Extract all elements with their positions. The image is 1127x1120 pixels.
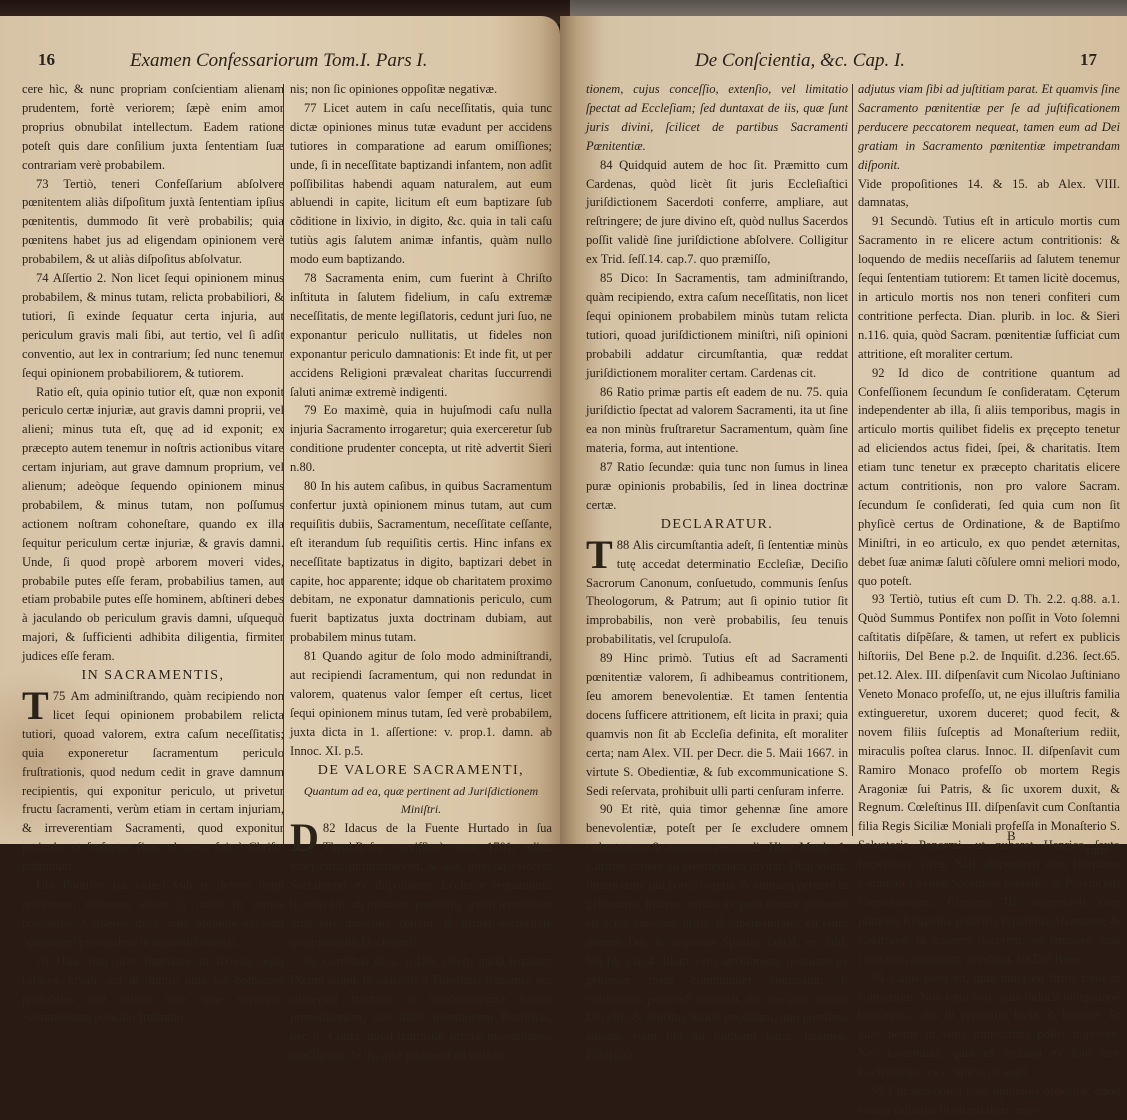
paragraph: 74 Aſſertio 2. Non licet ſequi opinionem… — [22, 269, 284, 382]
paragraph-dropcap: 88 TAlis circumſtantia adeſt, ſi ſentent… — [586, 536, 848, 649]
paragraph: adjutus viam ſibi ad juſtitiam parat. Et… — [858, 80, 1120, 175]
drop-cap: T — [22, 689, 49, 723]
paragraph: 81 Quando agitur de ſolo modo adminiſtra… — [290, 647, 552, 760]
column-rule — [852, 84, 853, 836]
right-page: De Conſcientia, &c. Cap. I. 17 tionem, c… — [560, 16, 1127, 844]
paragraph: 78 Sacramenta enim, cum fuerint à Chriſt… — [290, 269, 552, 401]
column-left-1: cere hìc, & nunc propriam conſcientiam a… — [22, 80, 284, 844]
paragraph: 73 Tertiò, teneri Confeſſarium abſolvere… — [22, 175, 284, 270]
book-spread: 16 Examen Confessariorum Tom.I. Pars I. … — [0, 0, 1127, 844]
paragraph-number: 75 — [53, 689, 71, 703]
paragraph: 85 Dico: In Sacramentis, tam adminiſtran… — [586, 269, 848, 382]
paragraph: Vide propoſitiones 14. & 15. ab Alex. VI… — [858, 175, 1120, 213]
paragraph: 84 Quidquid autem de hoc ſit. Præmitto c… — [586, 156, 848, 269]
left-page: 16 Examen Confessariorum Tom.I. Pars I. … — [0, 16, 560, 844]
column-right-2: adjutus viam ſibi ad juſtitiam parat. Et… — [858, 80, 1120, 844]
paragraph-text: Alis circumſtantia adeſt, ſi ſententiæ m… — [586, 538, 848, 647]
column-left-2: nis; non ſic opiniones oppoſitæ negativæ… — [290, 80, 552, 844]
section-subheading: Quantum ad ea, quæ pertinent ad Juriſdic… — [290, 782, 552, 820]
paragraph: 93 Tertiò, tutius eſt cum D. Th. 2.2. q.… — [858, 590, 1120, 844]
paragraph: 92 Id dico de contritione quantum ad Con… — [858, 364, 1120, 591]
section-heading: DECLARATUR. — [586, 516, 848, 535]
drop-cap: D — [290, 821, 319, 844]
paragraph: 91 Secundò. Tutius eſt in articulo morti… — [858, 212, 1120, 363]
paragraph: tionem, cujus conceſſio, extenſio, vel l… — [586, 80, 848, 156]
paragraph: 89 Hinc primò. Tutius eſt ad Sacramenti … — [586, 649, 848, 800]
paragraph-number: 88 — [617, 538, 633, 552]
paragraph: nis; non ſic opiniones oppoſitæ negativæ… — [290, 80, 552, 99]
paragraph: 86 Ratio primæ partis eſt eadem de nu. 7… — [586, 383, 848, 459]
page-number: 17 — [1080, 50, 1097, 70]
paragraph-text: Am adminiſtrando, quàm recipiendo non li… — [22, 689, 284, 844]
paragraph: Ratio eſt, quia opinio tutior eſt, quæ n… — [22, 383, 284, 667]
drop-cap: T — [586, 538, 613, 572]
section-heading: DE VALORE SACRAMENTI, — [290, 762, 552, 781]
paragraph: 80 In his autem caſibus, in quibus Sacra… — [290, 477, 552, 647]
paragraph-dropcap: 75 TAm adminiſtrando, quàm recipiendo no… — [22, 687, 284, 844]
running-head: Examen Confessariorum Tom.I. Pars I. — [130, 50, 428, 72]
paragraph: 90 Et ritè, quia timor gehennæ ſine amor… — [586, 800, 848, 844]
paragraph: 77 Licet autem in caſu neceſſitatis, qui… — [290, 99, 552, 269]
running-head: De Conſcientia, &c. Cap. I. — [695, 50, 905, 72]
paragraph: cere hìc, & nunc propriam conſcientiam a… — [22, 80, 284, 175]
paragraph: 79 Eo maximè, quia in hujuſmodi caſu nul… — [290, 401, 552, 477]
signature-mark: B — [1007, 828, 1016, 844]
column-right-1: tionem, cujus conceſſio, extenſio, vel l… — [586, 80, 848, 844]
section-heading: IN SACRAMENTIS, — [22, 667, 284, 686]
page-number: 16 — [38, 50, 55, 70]
column-rule — [283, 84, 284, 844]
paragraph: 87 Ratio ſecundæ: quia tunc non ſumus in… — [586, 458, 848, 515]
paragraph-number: 82 — [323, 821, 344, 835]
paragraph-dropcap: 82 DIdacus de la Fuente Hurtado in ſua T… — [290, 819, 552, 844]
